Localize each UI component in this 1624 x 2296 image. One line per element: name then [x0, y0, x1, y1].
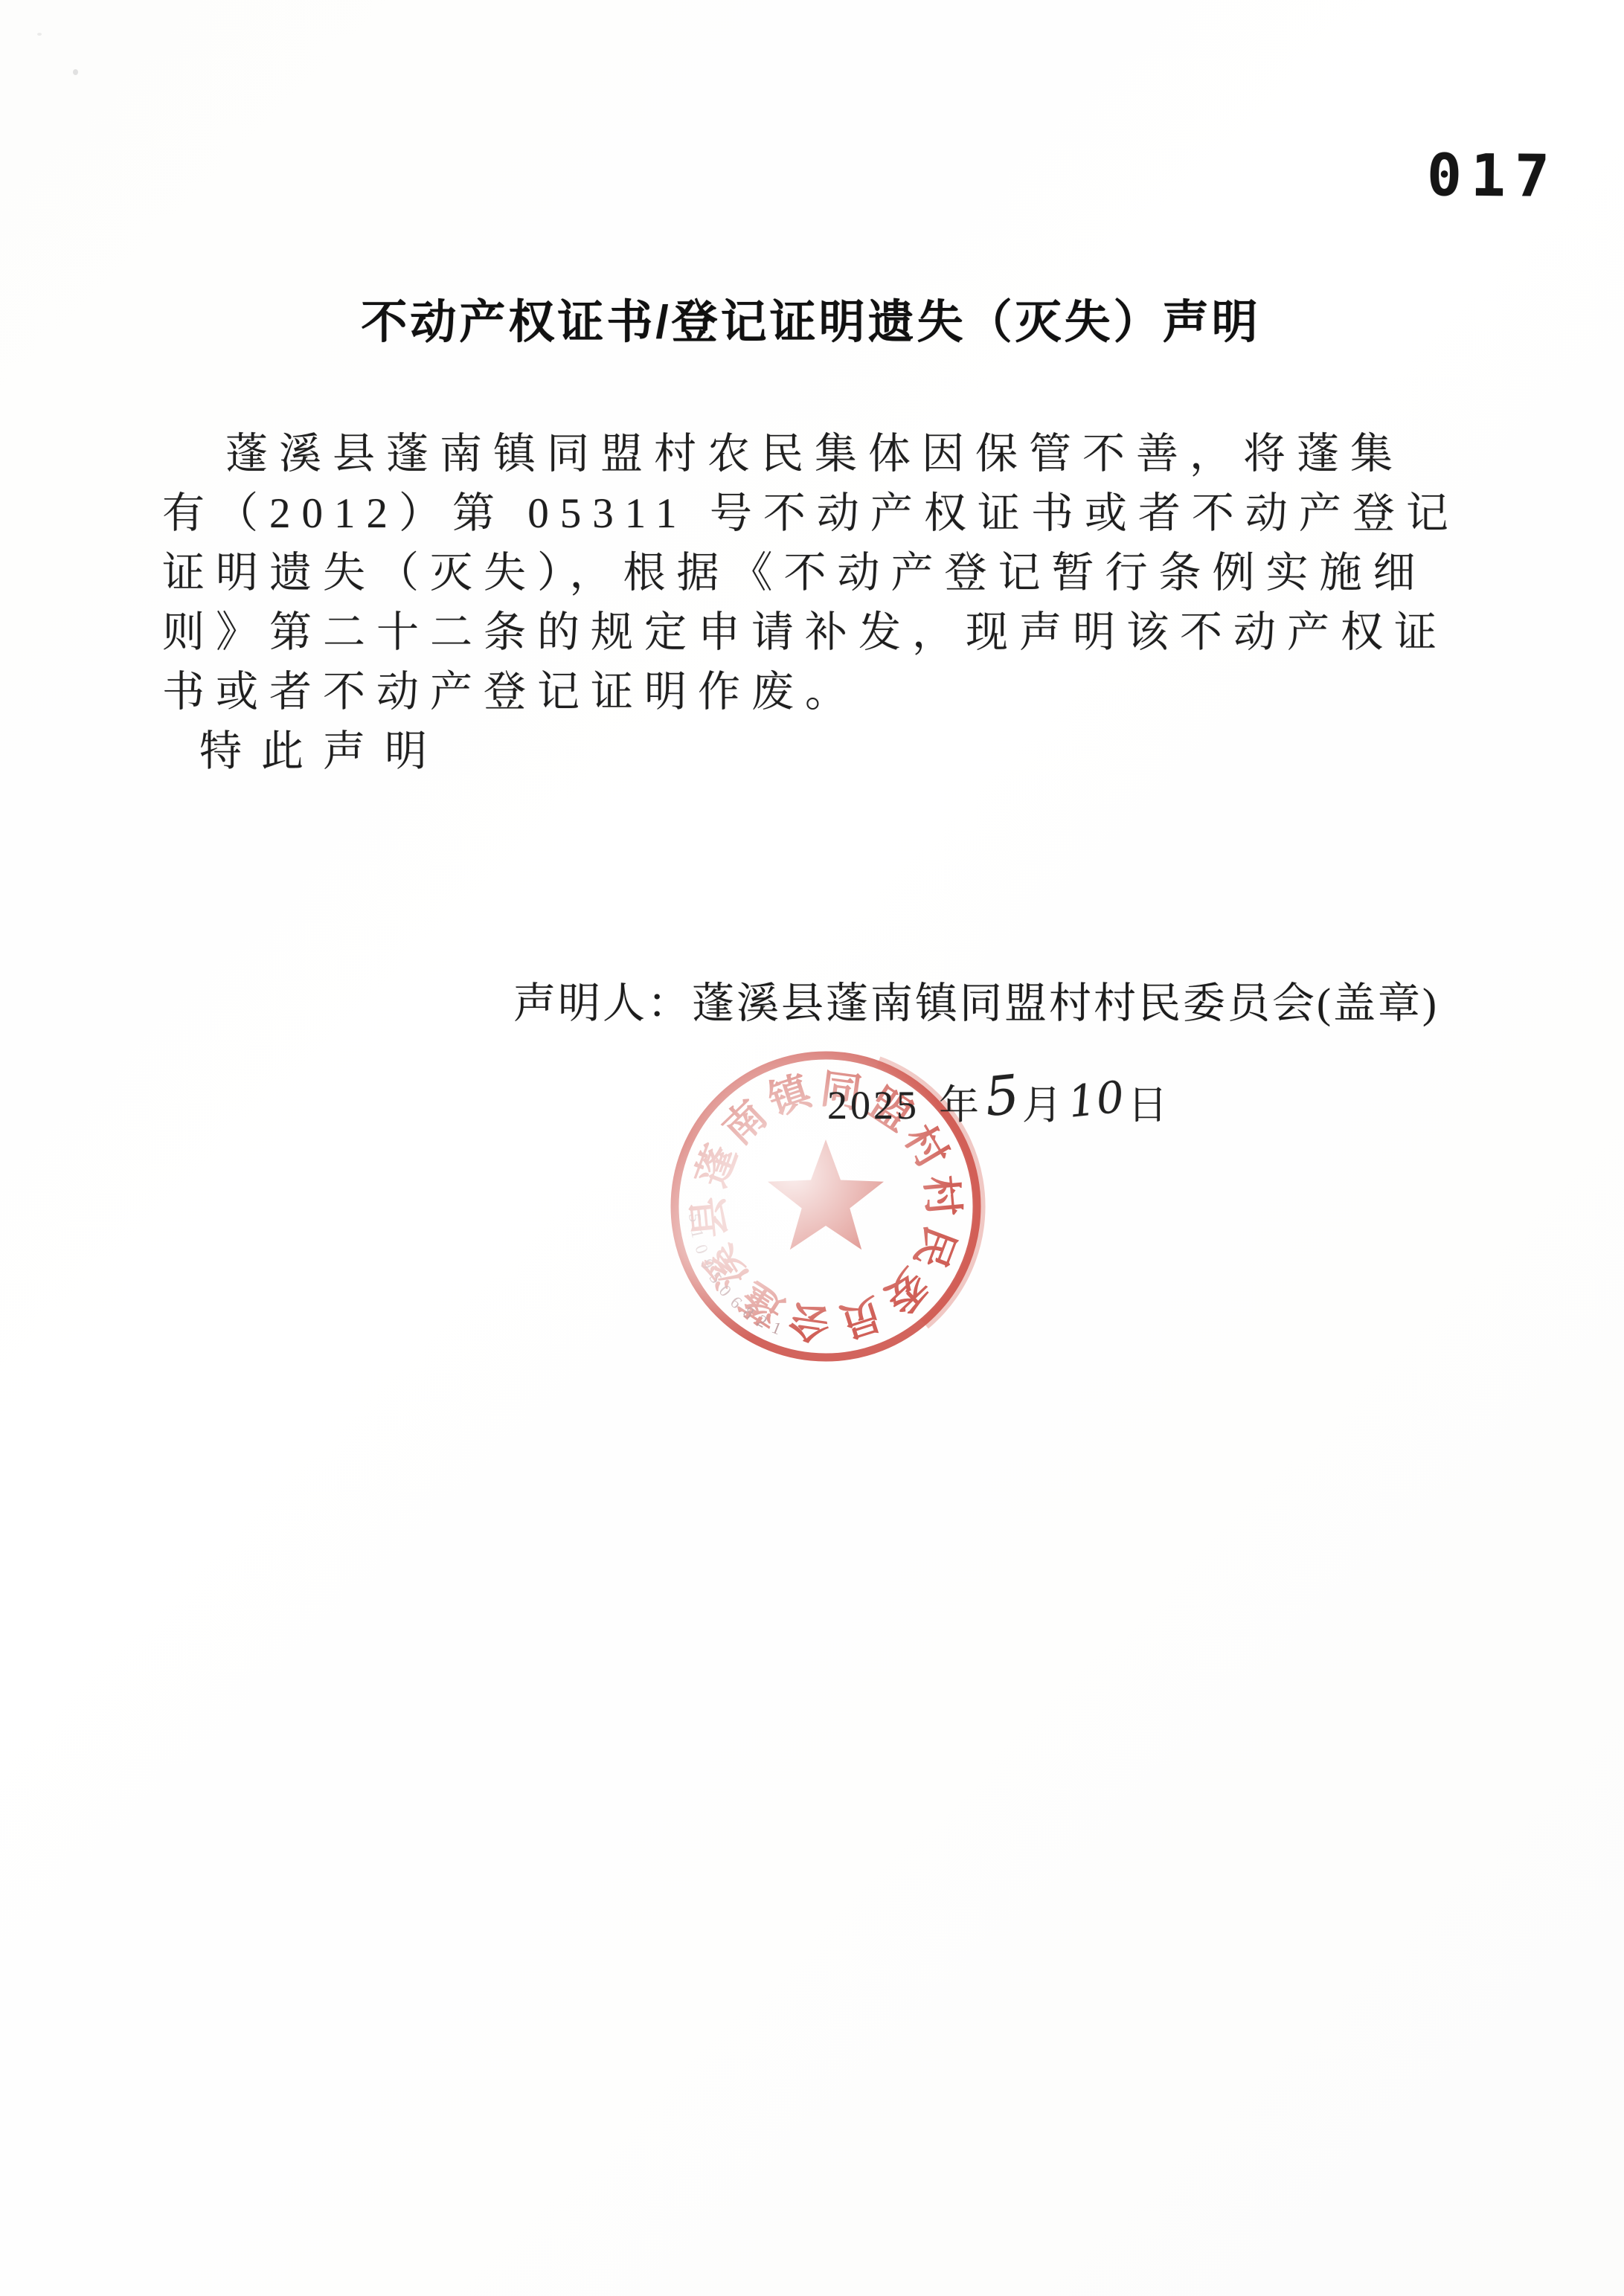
svg-text:镇: 镇 — [763, 1067, 819, 1123]
star-icon — [768, 1139, 884, 1250]
body-line: 则》第二十二条的规定申请补发，现声明该不动产权证 — [162, 603, 1460, 663]
date-day-unit: 日 — [1128, 1083, 1171, 1128]
scan-speck — [73, 69, 78, 75]
scan-speck — [37, 33, 42, 36]
date-month-unit: 月 — [1022, 1083, 1065, 1128]
declarant-line: 声明人：蓬溪县蓬南镇同盟村村民委员会(盖章) — [513, 969, 1439, 1030]
date-line: 2025年5月10日 — [827, 1069, 1171, 1131]
svg-text:会: 会 — [786, 1296, 833, 1347]
body-line: 蓬溪县蓬南镇同盟村农民集体因保管不善，将蓬集 — [162, 425, 1460, 484]
svg-text:员: 员 — [832, 1290, 888, 1346]
date-day-handwritten: 10 — [1065, 1071, 1127, 1128]
body-line-hereby: 特此声明 — [162, 722, 1460, 782]
svg-text:蓬: 蓬 — [688, 1139, 745, 1193]
svg-text:委: 委 — [876, 1260, 937, 1321]
date-year-unit: 年 — [939, 1083, 982, 1128]
document-page: 017 不动产权证书/登记证明遗失（灭失）声明 蓬溪县蓬南镇同盟村农民集体因保管… — [0, 0, 1624, 2296]
page-number-stamp: 017 — [1427, 142, 1559, 210]
svg-text:村: 村 — [917, 1174, 966, 1218]
document-title: 不动产权证书/登记证明遗失（灭失）声明 — [160, 285, 1462, 351]
svg-text:5: 5 — [685, 1213, 705, 1223]
body-line: 书或者不动产登记证明作废。 — [162, 663, 1460, 722]
declaration-body: 蓬溪县蓬南镇同盟村农民集体因保管不善，将蓬集 有（2012）第 05311 号不… — [162, 425, 1460, 782]
svg-text:民: 民 — [906, 1221, 963, 1275]
body-line: 证明遗失（灭失），根据《不动产登记暂行条例实施细 — [162, 544, 1460, 603]
date-month-handwritten: 5 — [982, 1063, 1022, 1128]
date-year: 2025 — [827, 1083, 919, 1128]
body-line: 有（2012）第 05311 号不动产权证书或者不动产登记 — [162, 484, 1460, 544]
svg-text:南: 南 — [714, 1092, 775, 1153]
